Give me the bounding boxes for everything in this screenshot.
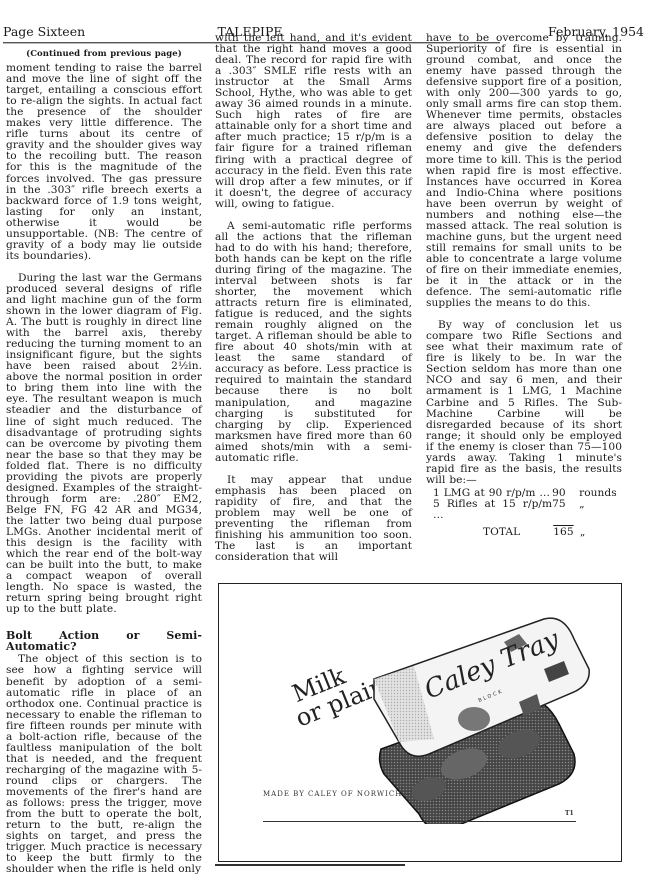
ad-maker-line: MADE BY CALEY OF NORWICH	[263, 790, 402, 798]
paragraph: During the last war the Germans produced…	[6, 273, 202, 615]
table-item: TOTAL	[433, 527, 553, 538]
ad-code: T1	[565, 810, 574, 817]
chocolate-bar-illustration-icon: Caley Tray BLOCK	[369, 614, 599, 824]
paragraph: A semi-automatic rifle performs all the …	[215, 221, 412, 464]
column-3: have to be overcome by training. Superio…	[426, 33, 622, 538]
column-2: with the left hand, and it's evident tha…	[215, 33, 412, 563]
paragraph: with the left hand, and it's evident tha…	[215, 33, 412, 210]
column-1: (Continued from previous page) moment te…	[6, 49, 202, 874]
paragraph: have to be overcome by training. Superio…	[426, 33, 622, 309]
ad-bottom-rule	[215, 864, 405, 866]
continued-note: (Continued from previous page)	[6, 49, 202, 60]
paragraph: The object of this section is to see how…	[6, 654, 202, 874]
section-heading: Bolt Action or Semi-Automatic?	[6, 630, 202, 652]
ad-rule	[263, 821, 576, 822]
paragraph: moment tending to raise the barrel and m…	[6, 63, 202, 262]
table-total-row: TOTAL 165 „	[426, 527, 622, 538]
chocolate-advertisement: Milk or plain Caley Tray BLOCK MADE BY C…	[218, 583, 622, 862]
fire-rate-table: 1 LMG at 90 r/p/m … 90 rounds 5 Rifles a…	[426, 488, 622, 538]
table-row: 5 Rifles at 15 r/p/m … 75 „	[426, 499, 622, 521]
paragraph: By way of conclusion let us compare two …	[426, 320, 622, 486]
table-unit: „	[574, 527, 622, 538]
table-unit: „	[573, 499, 622, 521]
paragraph: It may appear that undue emphasis has be…	[215, 475, 412, 563]
table-item: 5 Rifles at 15 r/p/m …	[433, 499, 552, 521]
table-value: 165	[553, 527, 574, 538]
table-value: 75	[552, 499, 573, 521]
